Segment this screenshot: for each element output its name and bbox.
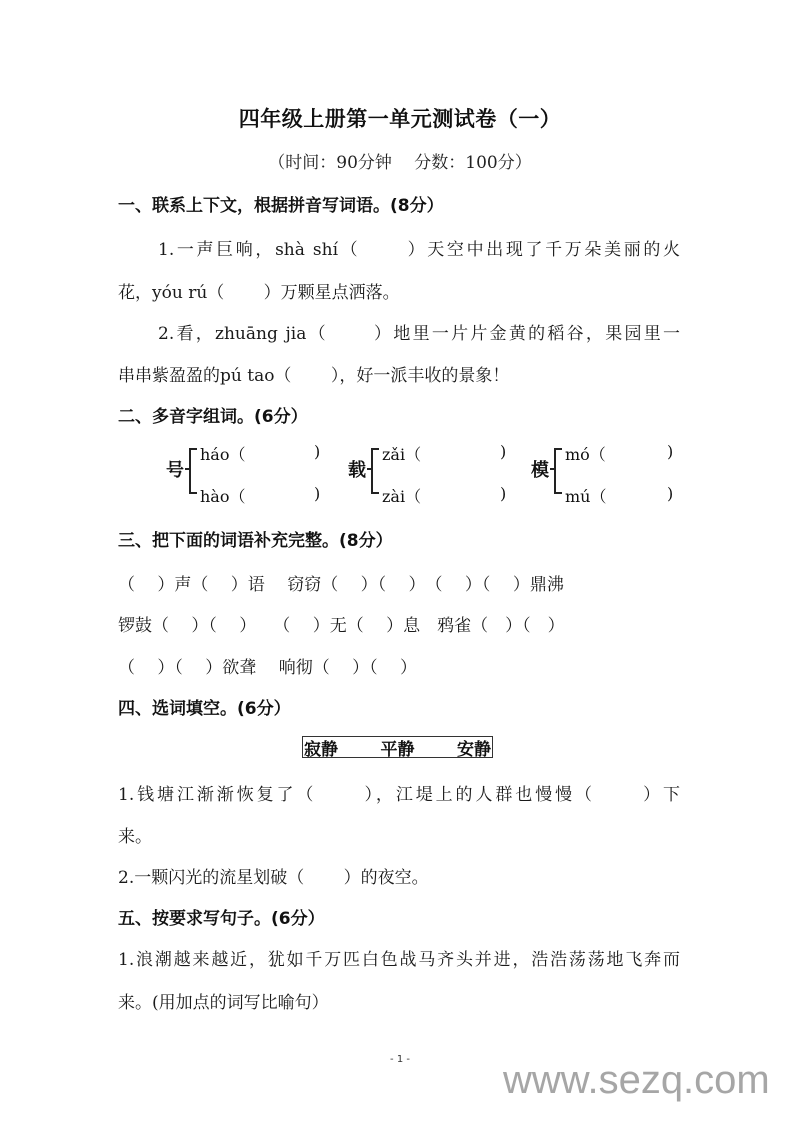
brace-tick-icon bbox=[185, 468, 190, 470]
question-line: 1.钱塘江渐渐恢复了（ ），江堤上的人群也慢慢（ ）下 bbox=[118, 780, 680, 805]
word-choice: 安静 bbox=[457, 735, 491, 760]
reading-label: mó（ bbox=[565, 445, 606, 464]
question-line: 来。(用加点的词写比喻句） bbox=[118, 988, 680, 1013]
close-paren: ) bbox=[500, 442, 506, 461]
close-paren: ) bbox=[314, 484, 320, 503]
brace-icon bbox=[371, 448, 379, 494]
word-choice: 寂静 bbox=[304, 735, 338, 760]
reading-line: zǎi（ ) bbox=[382, 442, 421, 465]
question-line: 2.看，zhuāng jia（ ）地里一片片金黄的稻谷，果园里一 bbox=[158, 319, 680, 344]
reading-line: mú（ ) bbox=[565, 484, 606, 507]
emphasis-dot-icon bbox=[274, 965, 276, 967]
fill-in-line: （ ）（ ）欲聋 响彻（ ）（ ） bbox=[118, 653, 680, 678]
polyphone-char: 载 bbox=[348, 456, 366, 482]
close-paren: ) bbox=[667, 484, 673, 503]
watermark: www.sezq.com bbox=[503, 1058, 770, 1103]
exam-info: （时间：90分钟 分数：100分） bbox=[0, 148, 800, 173]
reading-line: mó（ ) bbox=[565, 442, 606, 465]
page-title: 四年级上册第一单元测试卷（一） bbox=[0, 103, 800, 133]
question-line: 串串紫盈盈的pú tao（ ），好一派丰收的景象！ bbox=[118, 361, 680, 386]
word-choice: 平静 bbox=[381, 735, 415, 760]
brace-tick-icon bbox=[367, 468, 372, 470]
reading-label: zài（ bbox=[382, 487, 421, 506]
reading-label: hào（ bbox=[200, 487, 245, 506]
close-paren: ) bbox=[314, 442, 320, 461]
fill-in-line: （ ）声（ ）语 窃窃（ ）（ ） （ ）（ ）鼎沸 bbox=[118, 570, 680, 595]
question-line: 1.浪潮越来越近，犹如千万匹白色战马齐头并进，浩浩荡荡地飞奔而 bbox=[118, 945, 680, 970]
section-4-heading: 四、选词填空。(6分） bbox=[118, 694, 291, 719]
question-line: 来。 bbox=[118, 822, 680, 847]
question-line: 1.一声巨响，shà shí（ ）天空中出现了千万朵美丽的火 bbox=[158, 235, 680, 260]
polyphone-char: 模 bbox=[531, 456, 549, 482]
word-choice-box: 寂静 平静 安静 bbox=[302, 736, 493, 758]
reading-line: hào（ ) bbox=[200, 484, 245, 507]
section-1-heading: 一、联系上下文，根据拼音写词语。(8分） bbox=[118, 191, 444, 216]
reading-label: háo（ bbox=[200, 445, 245, 464]
reading-label: mú（ bbox=[565, 487, 606, 506]
question-line: 花，yóu rú（ ）万颗星点洒落。 bbox=[118, 278, 680, 303]
section-2-heading: 二、多音字组词。(6分） bbox=[118, 402, 308, 427]
reading-line: háo（ ) bbox=[200, 442, 245, 465]
question-line: 2.一颗闪光的流星划破（ ）的夜空。 bbox=[118, 863, 680, 888]
brace-icon bbox=[189, 448, 197, 494]
polyphone-char: 号 bbox=[166, 456, 184, 482]
section-5-heading: 五、按要求写句子。(6分） bbox=[118, 904, 325, 929]
close-paren: ) bbox=[667, 442, 673, 461]
close-paren: ) bbox=[500, 484, 506, 503]
fill-in-line: 锣鼓（ ）（ ） （ ）无（ ）息 鸦雀（ ）（ ） bbox=[118, 611, 680, 636]
reading-label: zǎi（ bbox=[382, 445, 421, 464]
emphasis-dot-icon bbox=[294, 965, 296, 967]
brace-icon bbox=[554, 448, 562, 494]
brace-tick-icon bbox=[550, 468, 555, 470]
section-3-heading: 三、把下面的词语补充完整。(8分） bbox=[118, 526, 393, 551]
reading-line: zài（ ) bbox=[382, 484, 421, 507]
